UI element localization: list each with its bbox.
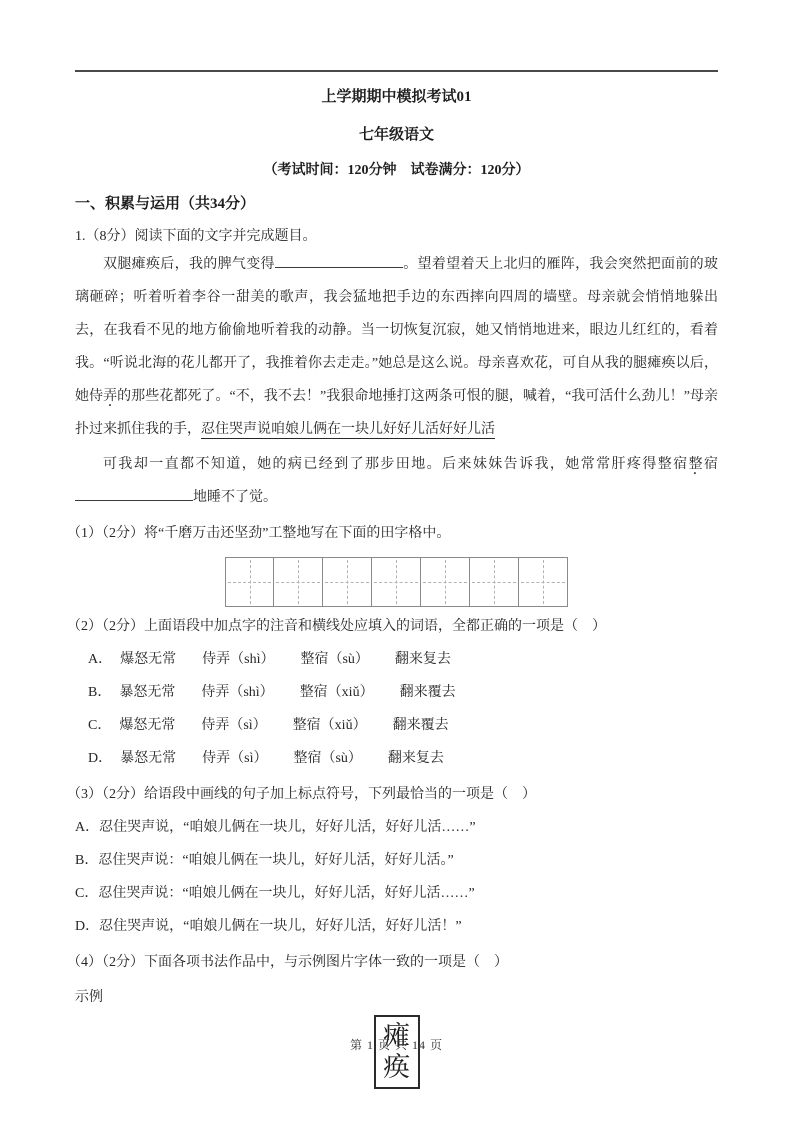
option-part: 侍弄（sì）	[202, 751, 267, 766]
option-row-d: D．暴怒无常侍弄（sì）整宿（sù）翻来复去	[75, 742, 718, 775]
emphasized-char-shi: 侍	[89, 389, 103, 404]
sub-question-3-label: （3）（2分）给语段中画线的句子加上标点符号，下列最恰当的一项是（ ）	[67, 778, 718, 811]
option-letter: D．	[88, 751, 112, 766]
passage-text: 地睡不了觉。	[193, 490, 277, 505]
tianzige-cell	[470, 557, 519, 607]
option-part: 爆怒无常	[120, 652, 176, 667]
sub-question-2-label: （2）（2分）上面语段中加点字的注音和横线处应填入的词语，全都正确的一项是（ ）	[67, 610, 718, 643]
page-footer: 第 1 页 共 14 页	[0, 1036, 793, 1053]
option-text: A．忍住哭声说，“咱娘儿俩在一块儿，好好儿活，好好儿活……”	[75, 820, 476, 835]
exam-page: 上学期期中模拟考试01 七年级语文 （考试时间：120分钟 试卷满分：120分）…	[0, 70, 793, 1089]
passage-paragraph-1: 双腿瘫痪后，我的脾气变得。望着望着天上北归的雁阵，我会突然把面前的玻璃砸碎；听着…	[75, 248, 718, 446]
tianzige-cell	[372, 557, 421, 607]
option-part: 整宿（sù）	[293, 751, 361, 766]
tianzige-cell	[421, 557, 470, 607]
passage-text: 可我却一直都不知道，她的病已经到了那步田地。后来妹妹告诉我，她常常肝疼得整	[103, 457, 673, 472]
option-part: 侍弄（sì）	[201, 718, 266, 733]
tianzige-grid	[225, 557, 718, 607]
option-part: 整宿（xiǔ）	[300, 685, 374, 700]
option-text: B．忍住哭声说：“咱娘儿俩在一块儿，好好儿活，好好儿活。”	[75, 853, 454, 868]
option-row-b: B．忍住哭声说：“咱娘儿俩在一块儿，好好儿活，好好儿活。”	[75, 844, 718, 877]
passage-paragraph-2: 可我却一直都不知道，她的病已经到了那步田地。后来妹妹告诉我，她常常肝疼得整宿整宿…	[75, 448, 718, 514]
exam-subject: 七年级语文	[75, 123, 718, 144]
example-character: 痪	[376, 1052, 418, 1083]
tianzige-cell	[274, 557, 323, 607]
header-rule	[75, 70, 718, 72]
fill-in-blank-2	[75, 486, 193, 501]
tianzige-cell	[225, 557, 274, 607]
tianzige-cell	[323, 557, 372, 607]
option-letter: C．	[88, 718, 111, 733]
option-row-b: B．暴怒无常侍弄（shì）整宿（xiǔ）翻来覆去	[75, 676, 718, 709]
option-part: 翻来覆去	[400, 685, 456, 700]
option-row-c: C．忍住哭声说：“咱娘儿俩在一块儿，好好儿活，好好儿活……”	[75, 877, 718, 910]
option-row-c: C．爆怒无常侍弄（sì）整宿（xiǔ）翻来覆去	[75, 709, 718, 742]
option-part: 爆怒无常	[119, 718, 175, 733]
passage-text: 双腿瘫痪后，我的脾气变得	[103, 257, 275, 272]
option-part: 翻来覆去	[393, 718, 449, 733]
example-label: 示例	[75, 988, 718, 1008]
option-part: 侍弄（shì）	[202, 652, 274, 667]
passage-text: 。望着望着天上北归的雁阵，我会突然把面前的玻璃砸碎；听着听着李谷一甜美的歌声，我…	[75, 257, 718, 404]
exam-title: 上学期期中模拟考试01	[75, 85, 718, 106]
option-part: 整宿（xiǔ）	[293, 718, 367, 733]
question1-intro: 1.（8分）阅读下面的文字并完成题目。	[75, 227, 718, 246]
option-part: 侍弄（shì）	[201, 685, 273, 700]
option-part: 暴怒无常	[120, 751, 176, 766]
option-part: 暴怒无常	[119, 685, 175, 700]
sub-question-4-label: （4）（2分）下面各项书法作品中，与示例图片字体一致的一项是（ ）	[67, 946, 718, 979]
tianzige-cell	[519, 557, 568, 607]
underlined-sentence: 忍住哭声说咱娘儿俩在一块儿好好儿活好好儿活	[201, 422, 495, 437]
exam-document: { "header": { "title": "上学期期中模拟考试01", "s…	[0, 0, 793, 1122]
sub-question-1-label: （1）（2分）将“千磨万击还坚劲”工整地写在下面的田字格中。	[67, 517, 718, 550]
section-heading: 一、积累与运用（共34分）	[75, 192, 718, 213]
option-row-a: A．忍住哭声说，“咱娘儿俩在一块儿，好好儿活，好好儿活……”	[75, 811, 718, 844]
option-row-d: D．忍住哭声说，“咱娘儿俩在一块儿，好好儿活，好好儿活！”	[75, 910, 718, 943]
option-text: D．忍住哭声说，“咱娘儿俩在一块儿，好好儿活，好好儿活！”	[75, 919, 462, 934]
option-text: C．忍住哭声说：“咱娘儿俩在一块儿，好好儿活，好好儿活……”	[75, 886, 475, 901]
fill-in-blank-1	[275, 253, 403, 268]
option-part: 翻来复去	[388, 751, 444, 766]
emphasized-char-su: 宿	[673, 457, 688, 472]
exam-info: （考试时间：120分钟 试卷满分：120分）	[75, 159, 718, 179]
option-letter: B．	[88, 685, 111, 700]
option-part: 翻来复去	[395, 652, 451, 667]
option-part: 整宿（sù）	[300, 652, 368, 667]
option-letter: A．	[88, 652, 112, 667]
option-row-a: A．爆怒无常侍弄（shì）整宿（sù）翻来复去	[75, 643, 718, 676]
